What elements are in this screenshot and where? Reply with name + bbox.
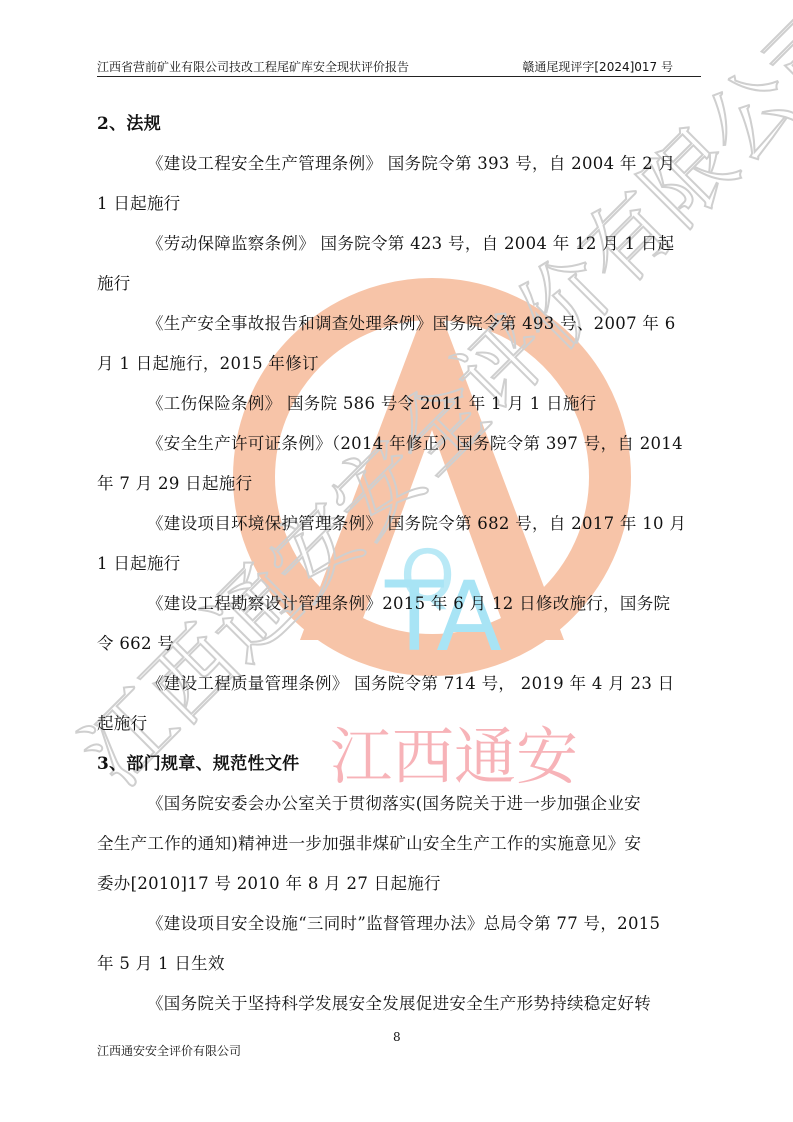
paragraph-line: 《生产安全事故报告和调查处理条例》国务院令第 493 号、2007 年 6 <box>97 304 701 344</box>
paragraph-line: 年 5 月 1 日生效 <box>97 944 701 984</box>
section-heading-department-rules: 3、部门规章、规范性文件 <box>97 744 701 784</box>
paragraph-line: 《建设项目安全设施“三同时”监督管理办法》总局令第 77 号，2015 <box>97 904 701 944</box>
paragraph-line: 《国务院安委会办公室关于贯彻落实(国务院关于进一步加强企业安 <box>97 784 701 824</box>
paragraph-line: 全生产工作的通知)精神进一步加强非煤矿山安全生产工作的实施意见》安 <box>97 824 701 864</box>
paragraph-line: 《安全生产许可证条例》（2014 年修正）国务院令第 397 号，自 2014 <box>97 424 701 464</box>
paragraph-line: 《劳动保障监察条例》 国务院令第 423 号，自 2004 年 12 月 1 日… <box>97 224 701 264</box>
page-number: 8 <box>393 1030 401 1044</box>
paragraph-line: 月 1 日起施行，2015 年修订 <box>97 344 701 384</box>
paragraph-line: 《建设工程安全生产管理条例》 国务院令第 393 号，自 2004 年 2 月 <box>97 144 701 184</box>
document-body: 2、法规 《建设工程安全生产管理条例》 国务院令第 393 号，自 2004 年… <box>97 104 701 1024</box>
page-header: 江西省营前矿业有限公司技改工程尾矿库安全现状评价报告 赣通尾现评字[2024]0… <box>97 56 701 77</box>
paragraph-line: 1 日起施行 <box>97 544 701 584</box>
footer-company: 江西通安安全评价有限公司 <box>97 1042 241 1059</box>
paragraph-line: 《建设项目环境保护管理条例》 国务院令第 682 号，自 2017 年 10 月 <box>97 504 701 544</box>
paragraph-line: 委办[2010]17 号 2010 年 8 月 27 日起施行 <box>97 864 701 904</box>
paragraph-line: 令 662 号 <box>97 624 701 664</box>
section-heading-regulations: 2、法规 <box>97 104 701 144</box>
paragraph-line: 1 日起施行 <box>97 184 701 224</box>
paragraph-line: 起施行 <box>97 704 701 744</box>
paragraph-line: 施行 <box>97 264 701 304</box>
paragraph-line: 《工伤保险条例》 国务院 586 号令 2011 年 1 月 1 日施行 <box>97 384 701 424</box>
report-number: 赣通尾现评字[2024]017 号 <box>522 58 673 75</box>
paragraph-line: 年 7 月 29 日起施行 <box>97 464 701 504</box>
paragraph-line: 《建设工程质量管理条例》 国务院令第 714 号， 2019 年 4 月 23 … <box>97 664 701 704</box>
report-title: 江西省营前矿业有限公司技改工程尾矿库安全现状评价报告 <box>97 58 409 75</box>
paragraph-line: 《国务院关于坚持科学发展安全发展促进安全生产形势持续稳定好转 <box>97 984 701 1024</box>
paragraph-line: 《建设工程勘察设计管理条例》2015 年 6 月 12 日修改施行，国务院 <box>97 584 701 624</box>
